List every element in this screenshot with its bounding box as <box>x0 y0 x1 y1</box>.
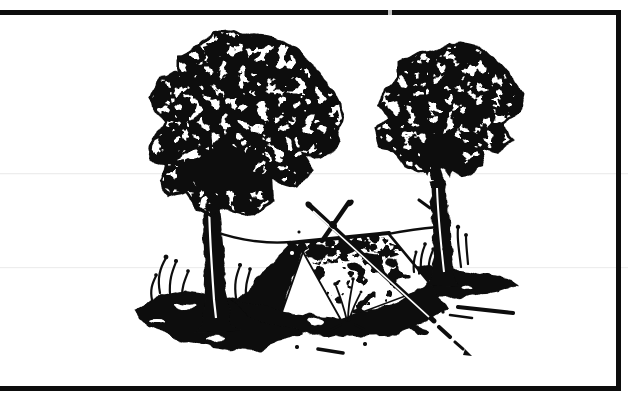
frame-right-rule <box>616 11 621 391</box>
shelter-between-trees-figure <box>0 0 628 396</box>
tent-panel-speck <box>290 251 294 255</box>
frame-top-rule <box>0 10 621 15</box>
scanned-illustration-page <box>0 0 628 396</box>
paper-background <box>0 0 628 396</box>
frame-bottom-rule <box>0 386 621 391</box>
